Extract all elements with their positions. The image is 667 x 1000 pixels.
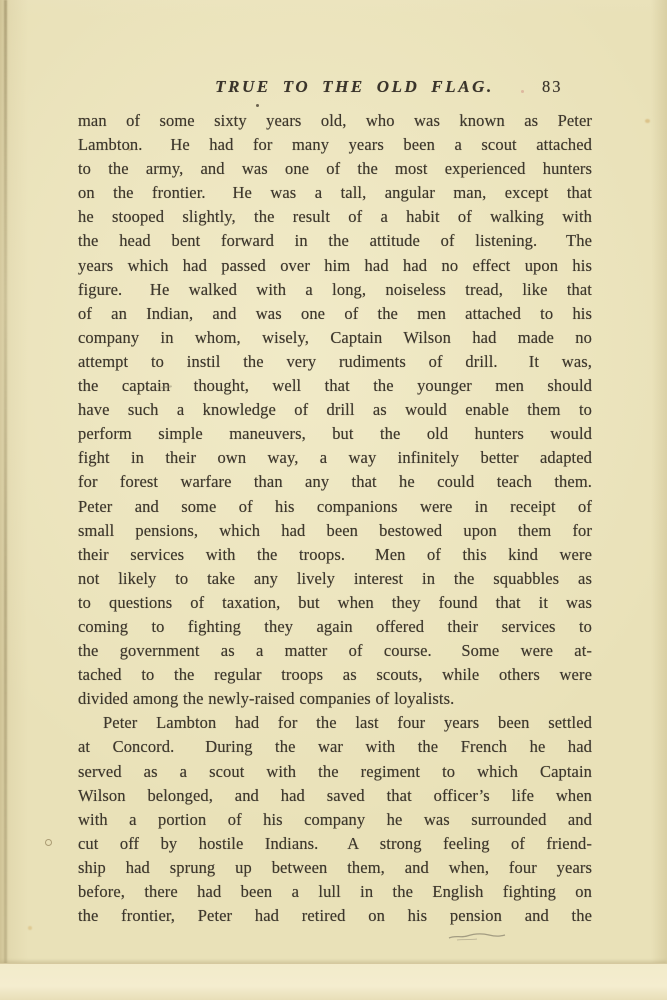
book-page-scan: TRUE TO THE OLD FLAG. 83 man of some six… bbox=[0, 0, 667, 1000]
text-line: of an Indian, and was one of the men att… bbox=[78, 302, 592, 326]
pencil-squiggle-mark bbox=[447, 929, 507, 943]
ink-speck-below-header bbox=[256, 104, 259, 107]
running-header-title: TRUE TO THE OLD FLAG. bbox=[0, 77, 667, 97]
text-line: years which had passed over him had had … bbox=[78, 254, 592, 278]
foxing-spot bbox=[28, 926, 32, 930]
text-line-paragraph-end: divided among the newly-raised companies… bbox=[78, 687, 592, 711]
text-line: Wilson belonged, and had saved that offi… bbox=[78, 784, 592, 808]
text-line: before, there had been a lull in the Eng… bbox=[78, 880, 592, 904]
text-line: with a portion of his company he was sur… bbox=[78, 808, 592, 832]
text-line: he stooped slightly, the result of a hab… bbox=[78, 205, 592, 229]
text-line: coming to fighting they again offered th… bbox=[78, 615, 592, 639]
page-bottom-edge bbox=[0, 963, 667, 1000]
text-line: the captain thought, well that the young… bbox=[78, 374, 592, 398]
text-line: attempt to instil the very rudiments of … bbox=[78, 350, 592, 374]
text-line: the government as a matter of course. So… bbox=[78, 639, 592, 663]
text-line: company in whom, wisely, Captain Wilson … bbox=[78, 326, 592, 350]
text-line-paragraph-start: Peter Lambton had for the last four year… bbox=[78, 711, 592, 735]
text-line: Peter and some of his companions were in… bbox=[78, 495, 592, 519]
text-line: perform simple maneuvers, but the old hu… bbox=[78, 422, 592, 446]
page-number: 83 bbox=[542, 77, 563, 97]
text-line: Lambton. He had for many years been a sc… bbox=[78, 133, 592, 157]
body-text: man of some sixty years old, who was kno… bbox=[78, 109, 592, 928]
spine-crease bbox=[4, 0, 7, 1000]
text-line: to questions of taxation, but when they … bbox=[78, 591, 592, 615]
foxing-spot bbox=[645, 119, 650, 123]
text-line: fight in their own way, a way infinitely… bbox=[78, 446, 592, 470]
text-line: the head bent forward in the attitude of… bbox=[78, 229, 592, 253]
text-line: on the frontier. He was a tall, angular … bbox=[78, 181, 592, 205]
text-line: the frontier, Peter had retired on his p… bbox=[78, 904, 592, 928]
pink-speck bbox=[521, 90, 524, 93]
text-line: tached to the regular troops as scouts, … bbox=[78, 663, 592, 687]
text-line: at Concord. During the war with the Fren… bbox=[78, 735, 592, 759]
text-line: figure. He walked with a long, noiseless… bbox=[78, 278, 592, 302]
text-line: man of some sixty years old, who was kno… bbox=[78, 109, 592, 133]
text-line: have such a knowledge of drill as would … bbox=[78, 398, 592, 422]
text-line: cut off by hostile Indians. A strong fee… bbox=[78, 832, 592, 856]
foxing-spot bbox=[128, 148, 131, 151]
text-line: to the army, and was one of the most exp… bbox=[78, 157, 592, 181]
text-line: small pensions, which had been bestowed … bbox=[78, 519, 592, 543]
margin-ring-mark bbox=[45, 839, 52, 846]
text-line: not likely to take any lively interest i… bbox=[78, 567, 592, 591]
text-line: ship had sprung up between them, and whe… bbox=[78, 856, 592, 880]
text-line: served as a scout with the regiment to w… bbox=[78, 760, 592, 784]
text-line: for forest warfare than any that he coul… bbox=[78, 470, 592, 494]
text-line: their services with the troops. Men of t… bbox=[78, 543, 592, 567]
